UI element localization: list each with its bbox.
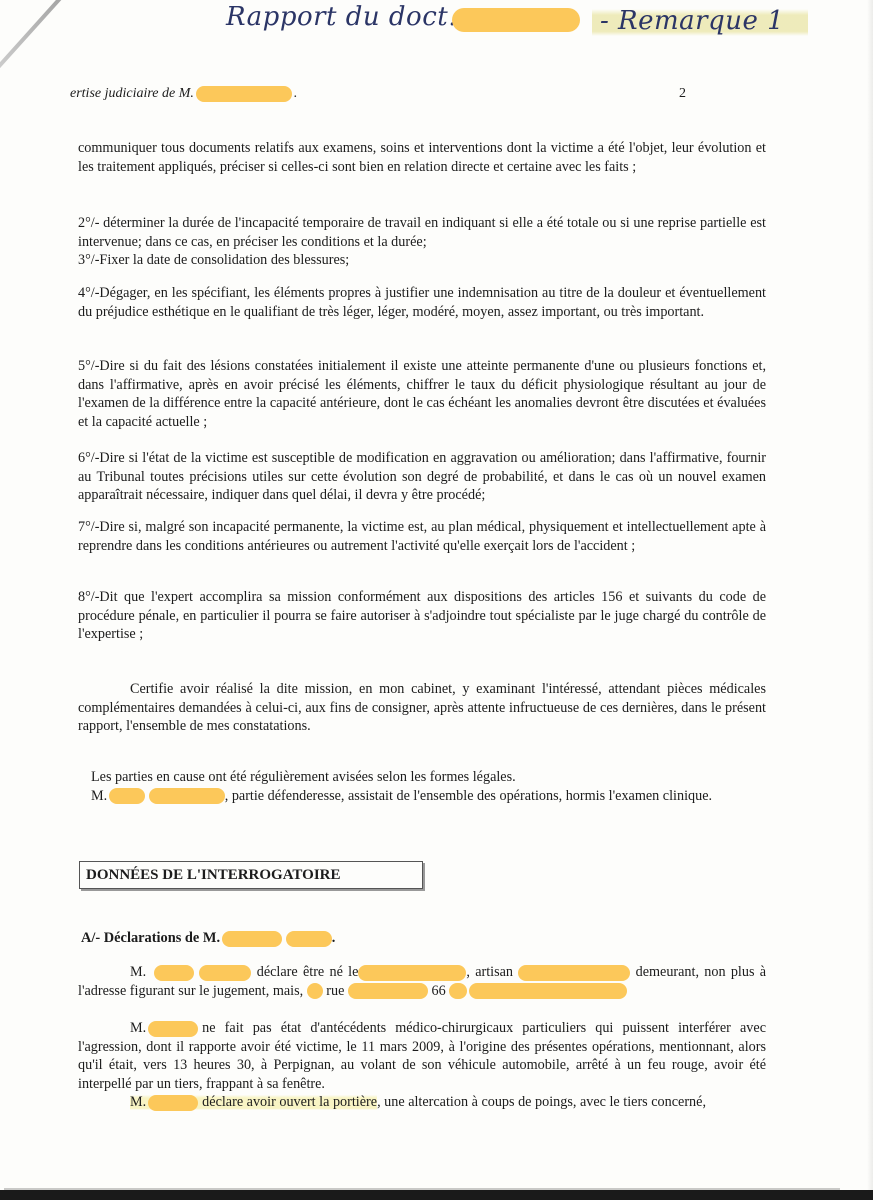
paragraph-text: 3°/-Fixer la date de consolidation des b…: [78, 251, 766, 270]
text: déclare avoir ouvert la portière: [202, 1094, 377, 1110]
paragraph-text: communiquer tous documents relatifs aux …: [78, 139, 766, 176]
mission-item-3: 3°/-Fixer la date de consolidation des b…: [78, 251, 766, 270]
text: , une altercation à coups de poings, ave…: [377, 1094, 706, 1110]
redaction-last-name: [149, 788, 225, 804]
redaction: [154, 965, 194, 981]
page-number: 2: [679, 86, 686, 102]
mission-item-8: 8°/-Dit que l'expert accomplira sa missi…: [78, 588, 766, 644]
redaction: [199, 965, 251, 981]
paragraph-text: 6°/-Dire si l'état de la victime est sus…: [78, 449, 766, 505]
mission-item-7: 7°/-Dire si, malgré son incapacité perma…: [78, 518, 766, 555]
text: , partie défenderesse, assistait de l'en…: [225, 788, 712, 804]
scanned-page: Rapport du doct. - Remarque 1 ertise jud…: [0, 0, 873, 1200]
text: déclare être né le: [257, 964, 359, 980]
redaction-name: [196, 86, 292, 102]
handwritten-prefix: Rapport du doct.: [226, 2, 457, 32]
mission-item-5: 5°/-Dire si du fait des lésions constaté…: [78, 357, 766, 431]
running-header: ertise judiciaire de M..: [70, 86, 710, 102]
redaction-street: [348, 983, 428, 999]
staple-mark: [0, 0, 147, 75]
redaction: [148, 1021, 198, 1037]
parties-line-1: Les parties en cause ont été régulièreme…: [91, 768, 771, 787]
paragraph-text: 7°/-Dire si, malgré son incapacité perma…: [78, 518, 766, 555]
mission-item-6: 6°/-Dire si l'état de la victime est sus…: [78, 449, 766, 505]
text: M.: [130, 964, 146, 980]
paragraph-text: Certifie avoir réalisé la dite mission, …: [78, 680, 766, 736]
mission-item-2: 2°/- déterminer la durée de l'incapacité…: [78, 214, 766, 251]
text: rue: [326, 983, 344, 999]
redaction-doctor-name: [452, 8, 580, 32]
parties-line-2: M. , partie défenderesse, assistait de l…: [91, 787, 771, 806]
subheading-declarations: A/- Déclarations de M. .: [81, 930, 335, 947]
redaction-first-name: [109, 788, 145, 804]
redaction-profession: [518, 965, 630, 981]
redaction: [449, 983, 467, 999]
parties-paragraph: Les parties en cause ont été régulièreme…: [91, 768, 771, 805]
section-title: DONNÉES DE L'INTERROGATOIRE: [86, 867, 341, 883]
mission-paragraph-1: communiquer tous documents relatifs aux …: [78, 139, 766, 176]
handwritten-remark: - Remarque 1: [592, 6, 808, 36]
paragraph-text: 4°/-Dégager, en les spécifiant, les élém…: [78, 284, 766, 321]
running-title: ertise judiciaire de M.: [70, 86, 194, 101]
text: A/- Déclarations de M.: [81, 930, 220, 946]
text: .: [332, 930, 336, 946]
text: M.: [130, 1094, 146, 1110]
running-title-end: .: [294, 86, 298, 101]
declaration-paragraph-3: M.déclare avoir ouvert la portière, une …: [78, 1093, 766, 1112]
certification-paragraph: Certifie avoir réalisé la dite mission, …: [78, 680, 766, 736]
text: 66: [431, 983, 445, 999]
declaration-paragraph-1: M. déclare être né le, artisan demeurant…: [78, 963, 766, 1000]
paragraph-text: 2°/- déterminer la durée de l'incapacité…: [78, 214, 766, 251]
highlighted-text: M.déclare avoir ouvert la portière: [130, 1094, 377, 1110]
scan-border: [0, 1190, 873, 1200]
redaction: [307, 983, 323, 999]
redaction-last-name: [286, 931, 332, 947]
text: M.: [130, 1020, 146, 1036]
scan-edge: [867, 0, 873, 1190]
redaction-first-name: [222, 931, 282, 947]
text: , artisan: [466, 964, 513, 980]
text: M.: [91, 788, 107, 804]
paragraph-text: 8°/-Dit que l'expert accomplira sa missi…: [78, 588, 766, 644]
section-heading-box: DONNÉES DE L'INTERROGATOIRE: [79, 861, 423, 889]
redaction-birthdate: [358, 965, 466, 981]
declaration-paragraph-2: M.ne fait pas état d'antécédents médico-…: [78, 1019, 766, 1093]
paragraph-text: 5°/-Dire si du fait des lésions constaté…: [78, 357, 766, 431]
redaction: [148, 1095, 198, 1111]
mission-item-4: 4°/-Dégager, en les spécifiant, les élém…: [78, 284, 766, 321]
redaction-city: [469, 983, 627, 999]
